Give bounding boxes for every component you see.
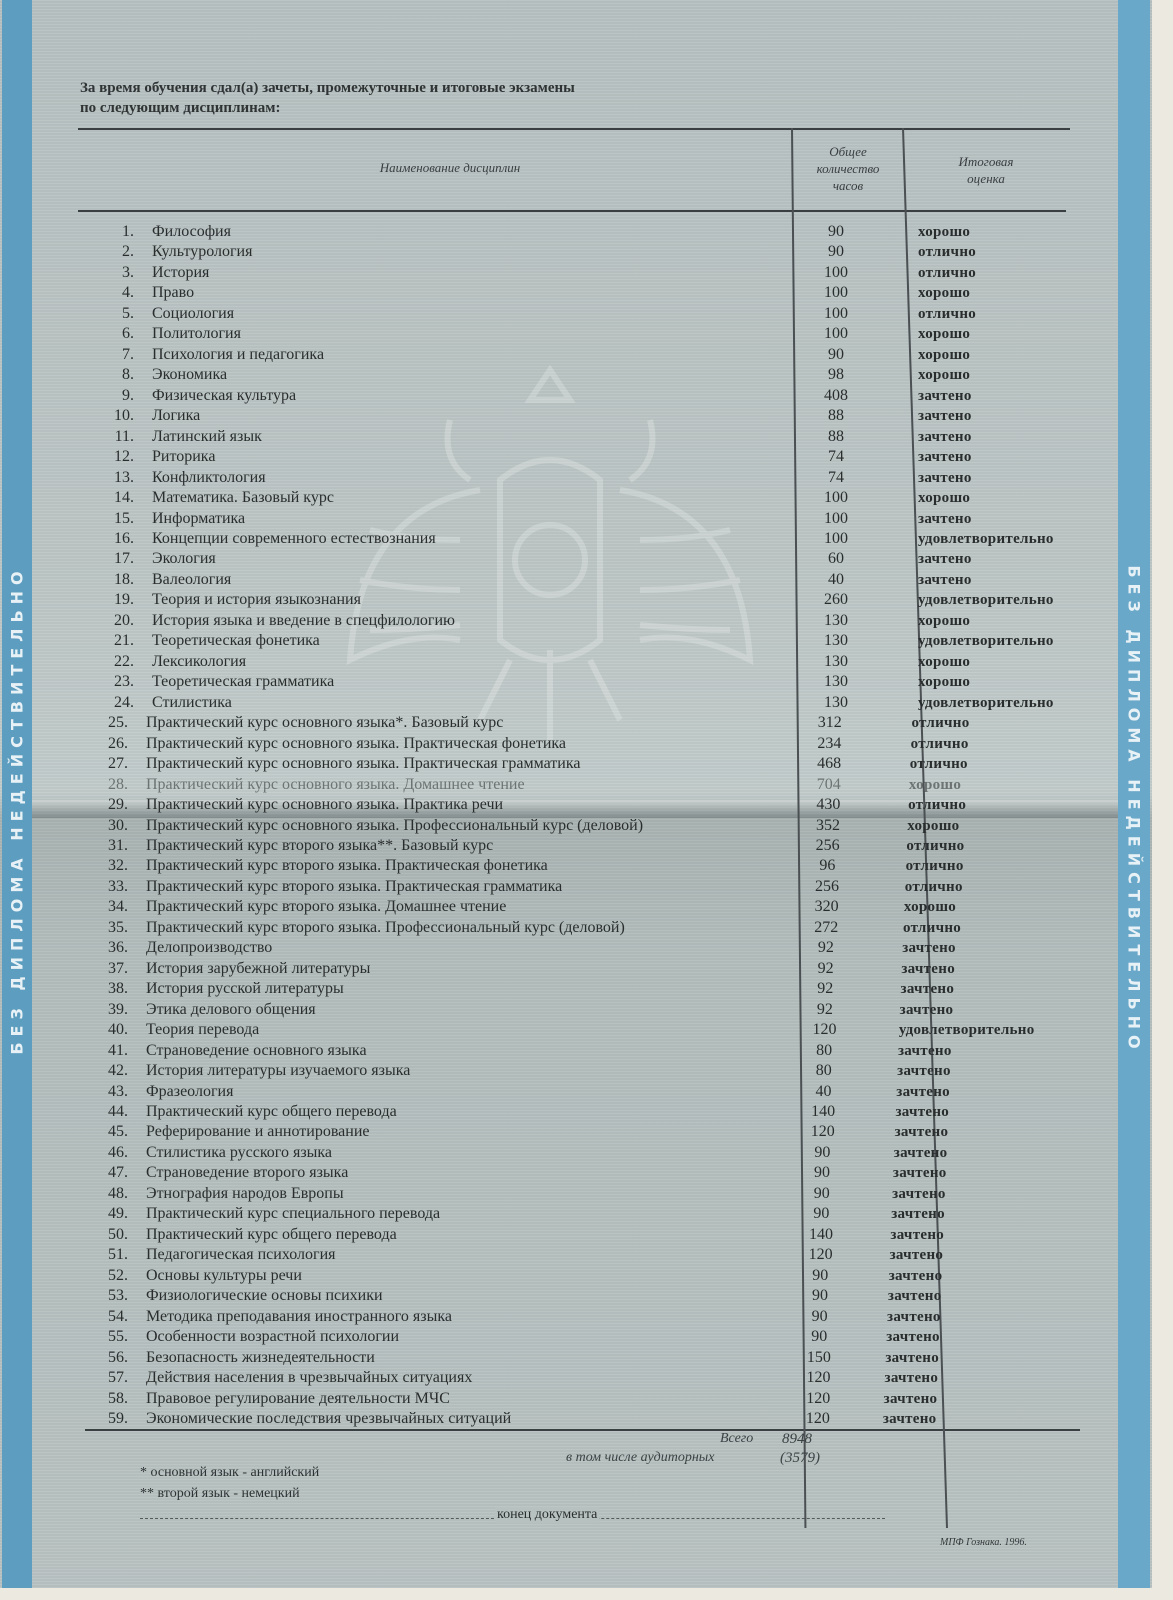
row-number: 43. [94,1082,128,1102]
hours-value: 92 [790,938,862,958]
grade-value: зачтено [887,1307,941,1327]
grade-value: отлично [906,856,964,876]
grade-value: зачтено [918,570,972,590]
discipline-name: Политология [152,324,241,344]
discipline-name: Педагогическая психология [146,1245,336,1265]
discipline-name: Практический курс второго языка. Домашне… [146,897,506,917]
hours-value: 120 [789,1020,861,1040]
table-header-rule [78,210,1066,212]
hours-value: 98 [800,365,872,385]
row-number: 49. [94,1204,128,1224]
row-number: 8. [100,365,134,385]
grade-value: зачтено [890,1225,944,1245]
hours-value: 90 [784,1307,856,1327]
hours-value: 40 [800,570,872,590]
grade-value: отлично [906,836,964,856]
grade-value: удовлетворительно [918,631,1054,651]
hours-value: 90 [784,1286,856,1306]
heading-line-2: по следующим дисциплинам: [80,98,780,118]
discipline-name: Основы культуры речи [146,1266,302,1286]
grade-value: хорошо [918,324,970,344]
hours-value: 120 [782,1409,854,1429]
grade-value: зачтено [894,1143,948,1163]
hours-value: 40 [787,1082,859,1102]
hours-value: 704 [793,775,865,795]
discipline-name: Реферирование и аннотирование [146,1122,370,1142]
grade-value: зачтено [901,979,955,999]
discipline-name: Логика [152,406,200,426]
hours-value: 120 [782,1389,854,1409]
grade-value: зачтено [889,1266,943,1286]
discipline-name: Социология [152,304,234,324]
end-of-document-text: конец документа [495,1507,599,1523]
row-number: 41. [94,1041,128,1061]
discipline-name: Лексикология [152,652,246,672]
row-number: 1. [100,222,134,242]
row-number: 11. [100,427,134,447]
hours-value: 90 [784,1266,856,1286]
discipline-name: Теоретическая фонетика [152,631,320,651]
discipline-name: Экология [152,549,216,569]
grade-value: зачтено [884,1389,938,1409]
discipline-name: Практический курс второго языка. Практич… [146,877,562,897]
discipline-name: Практический курс второго языка. Практич… [146,856,548,876]
grade-value: зачтено [918,468,972,488]
table-top-rule [78,128,1070,130]
hours-value: 468 [793,754,865,774]
row-number: 14. [100,488,134,508]
row-number: 52. [94,1266,128,1286]
discipline-name: Практический курс второго языка**. Базов… [146,836,493,856]
grade-value: зачтено [890,1245,944,1265]
hours-value: 120 [785,1245,857,1265]
row-number: 34. [94,897,128,917]
discipline-name: История языка и введение в спецфилологию [152,611,455,631]
discipline-name: Правовое регулирование деятельности МЧС [146,1389,450,1409]
grade-value: зачтено [918,509,972,529]
hours-value: 90 [786,1163,858,1183]
grade-value: зачтено [893,1163,947,1183]
grade-value: зачтено [898,1041,952,1061]
heading-line-1: За время обучения сдал(а) зачеты, промеж… [80,78,780,98]
hours-value: 312 [794,713,866,733]
grade-value: отлично [903,918,961,938]
row-number: 59. [94,1409,128,1429]
right-security-stripe: БЕЗ ДИПЛОМА НЕДЕЙСТВИТЕЛЬНО [1118,0,1150,1588]
grade-value: зачтено [891,1204,945,1224]
grade-value: хорошо [918,652,970,672]
row-number: 45. [94,1122,128,1142]
hours-value: 256 [792,836,864,856]
discipline-name: История зарубежной литературы [146,959,370,979]
hours-value: 100 [800,283,872,303]
hours-value: 140 [787,1102,859,1122]
row-number: 54. [94,1307,128,1327]
row-number: 25. [94,713,128,733]
discipline-name: Концепции современного естествознания [152,529,436,549]
row-number: 6. [100,324,134,344]
row-number: 35. [94,918,128,938]
hours-value: 256 [791,877,863,897]
row-number: 10. [100,406,134,426]
row-number: 32. [94,856,128,876]
discipline-name: Практический курс основного языка*. Базо… [146,713,503,733]
grade-value: зачтено [883,1409,937,1429]
hours-value: 430 [792,795,864,815]
hours-value: 88 [800,427,872,447]
grade-value: зачтено [892,1184,946,1204]
row-number: 17. [100,549,134,569]
row-number: 42. [94,1061,128,1081]
row-number: 16. [100,529,134,549]
grade-value: удовлетворительно [918,590,1054,610]
auditory-label: в том числе аудиторных [566,1450,714,1466]
grade-value: хорошо [918,222,970,242]
discipline-name: Физиологические основы психики [146,1286,383,1306]
grade-value: хорошо [918,611,970,631]
printer-mark: МПФ Гознака. 1996. [940,1537,1027,1548]
hours-value: 60 [800,549,872,569]
grade-value: зачтено [918,386,972,406]
row-number: 3. [100,263,134,283]
hours-value: 90 [785,1204,857,1224]
discipline-name: Практический курс общего перевода [146,1102,397,1122]
grade-value: отлично [918,263,976,283]
row-number: 4. [100,283,134,303]
stripe-text-left: БЕЗ ДИПЛОМА НЕДЕЙСТВИТЕЛЬНО [8,565,27,1054]
discipline-name: Стилистика русского языка [146,1143,332,1163]
row-number: 53. [94,1286,128,1306]
discipline-name: Этнография народов Европы [146,1184,344,1204]
row-number: 44. [94,1102,128,1122]
discipline-name: Этика делового общения [146,1000,316,1020]
grade-value: хорошо [918,283,970,303]
hours-value: 120 [783,1368,855,1388]
hours-value: 408 [800,386,872,406]
discipline-name: Особенности возрастной психологии [146,1327,399,1347]
discipline-name: Страноведение второго языка [146,1163,348,1183]
hours-value: 74 [800,468,872,488]
discipline-name: Действия населения в чрезвычайных ситуац… [146,1368,472,1388]
grade-value: зачтено [888,1286,942,1306]
grade-value: зачтено [886,1327,940,1347]
discipline-name: Математика. Базовый курс [152,488,334,508]
discipline-name: История литературы изучаемого языка [146,1061,410,1081]
hours-value: 88 [800,406,872,426]
grade-value: хорошо [918,365,970,385]
grade-value: зачтено [895,1122,949,1142]
hours-value: 130 [800,652,872,672]
hours-value: 130 [800,611,872,631]
discipline-name: Философия [152,222,231,242]
row-number: 57. [94,1368,128,1388]
row-number: 29. [94,795,128,815]
grade-value: зачтено [885,1348,939,1368]
row-number: 21. [100,631,134,651]
row-number: 9. [100,386,134,406]
hours-value: 100 [800,304,872,324]
discipline-name: Практический курс специального перевода [146,1204,440,1224]
grade-value: зачтено [901,959,955,979]
hours-value: 96 [791,856,863,876]
row-number: 7. [100,345,134,365]
grade-value: зачтено [900,1000,954,1020]
row-number: 48. [94,1184,128,1204]
row-number: 47. [94,1163,128,1183]
hours-value: 92 [789,979,861,999]
row-number: 37. [94,959,128,979]
discipline-name: Психология и педагогика [152,345,324,365]
grade-value: хорошо [918,672,970,692]
row-number: 56. [94,1348,128,1368]
row-number: 23. [100,672,134,692]
row-number: 15. [100,509,134,529]
hours-value: 150 [783,1348,855,1368]
grade-value: отлично [918,242,976,262]
discipline-name: Экономика [152,365,227,385]
row-number: 5. [100,304,134,324]
hours-value: 130 [800,672,872,692]
discipline-name: Валеология [152,570,231,590]
hours-value: 90 [800,222,872,242]
grade-value: отлично [908,795,966,815]
grade-value: зачтено [918,549,972,569]
footnote-main-language: * основной язык - английский [140,1465,319,1481]
row-number: 22. [100,652,134,672]
row-number: 58. [94,1389,128,1409]
row-number: 2. [100,242,134,262]
row-number: 24. [100,693,134,713]
grade-value: отлично [911,734,969,754]
grade-value: зачтено [895,1102,949,1122]
hours-value: 100 [800,509,872,529]
discipline-name: Методика преподавания иностранного языка [146,1307,452,1327]
row-number: 28. [94,775,128,795]
hours-value: 130 [800,631,872,651]
stripe-text-right: БЕЗ ДИПЛОМА НЕДЕЙСТВИТЕЛЬНО [1125,565,1144,1054]
row-number: 46. [94,1143,128,1163]
header-total-hours: Общее количество часов [795,143,901,194]
hours-value: 74 [800,447,872,467]
discipline-name: Физическая культура [152,386,296,406]
hours-value: 90 [800,242,872,262]
discipline-name: Страноведение основного языка [146,1041,367,1061]
discipline-name: Практический курс основного языка. Профе… [146,816,643,836]
hours-value: 90 [786,1143,858,1163]
row-number: 39. [94,1000,128,1020]
discipline-name: Конфликтология [152,468,266,488]
grade-value: зачтено [918,406,972,426]
grade-value: хорошо [918,488,970,508]
table-bottom-rule [85,1429,1080,1431]
grade-value: удовлетворительно [918,693,1054,713]
row-number: 26. [94,734,128,754]
discipline-name: Практический курс основного языка. Практ… [146,734,566,754]
hours-value: 272 [790,918,862,938]
hours-value: 92 [790,959,862,979]
row-number: 30. [94,816,128,836]
total-label: Всего [720,1431,753,1447]
row-number: 18. [100,570,134,590]
hours-value: 100 [800,529,872,549]
discipline-name: Практический курс основного языка. Практ… [146,754,580,774]
auditory-value: (3579) [780,1450,820,1467]
hours-value: 100 [800,324,872,344]
row-number: 50. [94,1225,128,1245]
discipline-name: Практический курс общего перевода [146,1225,397,1245]
discipline-name: История [152,263,209,283]
row-number: 36. [94,938,128,958]
discipline-name: Фразеология [146,1082,233,1102]
hours-value: 100 [800,263,872,283]
discipline-name: Экономические последствия чрезвычайных с… [146,1409,511,1429]
discipline-name: Латинский язык [152,427,262,447]
left-security-stripe: БЕЗ ДИПЛОМА НЕДЕЙСТВИТЕЛЬНО [2,0,32,1588]
hours-value: 320 [791,897,863,917]
grade-value: зачтено [897,1061,951,1081]
discipline-name: Информатика [152,509,245,529]
grade-value: зачтено [918,427,972,447]
discipline-name: Право [152,283,194,303]
row-number: 31. [94,836,128,856]
row-number: 33. [94,877,128,897]
hours-value: 352 [792,816,864,836]
hours-value: 90 [783,1327,855,1347]
grade-value: зачтено [902,938,956,958]
hours-value: 100 [800,488,872,508]
grade-value: хорошо [909,775,961,795]
hours-value: 140 [785,1225,857,1245]
grade-value: отлично [905,877,963,897]
discipline-name: Стилистика [152,693,232,713]
header-discipline-name: Наименование дисциплин [250,159,650,176]
hours-value: 234 [793,734,865,754]
row-number: 51. [94,1245,128,1265]
grade-value: отлично [910,754,968,774]
hours-value: 130 [800,693,872,713]
header-final-grade: Итоговая оценка [906,153,1066,187]
discipline-name: Практический курс основного языка. Домаш… [146,775,525,795]
footnote-second-language: ** второй язык - немецкий [140,1486,300,1502]
discipline-name: Риторика [152,447,215,467]
hours-value: 260 [800,590,872,610]
discipline-name: Теоретическая грамматика [152,672,334,692]
grade-value: удовлетворительно [899,1020,1035,1040]
grade-value: отлично [918,304,976,324]
row-number: 13. [100,468,134,488]
grade-value: хорошо [907,816,959,836]
row-number: 38. [94,979,128,999]
grade-value: зачтено [885,1368,939,1388]
document-page: БЕЗ ДИПЛОМА НЕДЕЙСТВИТЕЛЬНО БЕЗ ДИПЛОМА … [0,0,1152,1588]
discipline-name: Безопасность жизнедеятельности [146,1348,375,1368]
grade-value: хорошо [918,345,970,365]
grade-value: хорошо [904,897,956,917]
row-number: 27. [94,754,128,774]
hours-value: 120 [787,1122,859,1142]
row-number: 55. [94,1327,128,1347]
hours-value: 92 [789,1000,861,1020]
hours-value: 90 [786,1184,858,1204]
discipline-name: Практический курс основного языка. Практ… [146,795,503,815]
grade-value: зачтено [896,1082,950,1102]
hours-value: 90 [800,345,872,365]
hours-value: 80 [788,1061,860,1081]
row-number: 40. [94,1020,128,1040]
discipline-name: Теория перевода [146,1020,259,1040]
row-number: 20. [100,611,134,631]
hours-value: 80 [788,1041,860,1061]
grade-value: зачтено [918,447,972,467]
row-number: 12. [100,447,134,467]
discipline-name: Культурология [152,242,252,262]
discipline-name: Делопроизводство [146,938,272,958]
grade-value: удовлетворительно [918,529,1054,549]
total-value: 8948 [782,1431,812,1448]
grade-value: отлично [911,713,969,733]
section-heading: За время обучения сдал(а) зачеты, промеж… [80,78,780,118]
discipline-name: Теория и история языкознания [152,590,361,610]
discipline-name: Практический курс второго языка. Професс… [146,918,625,938]
row-number: 19. [100,590,134,610]
discipline-name: История русской литературы [146,979,344,999]
